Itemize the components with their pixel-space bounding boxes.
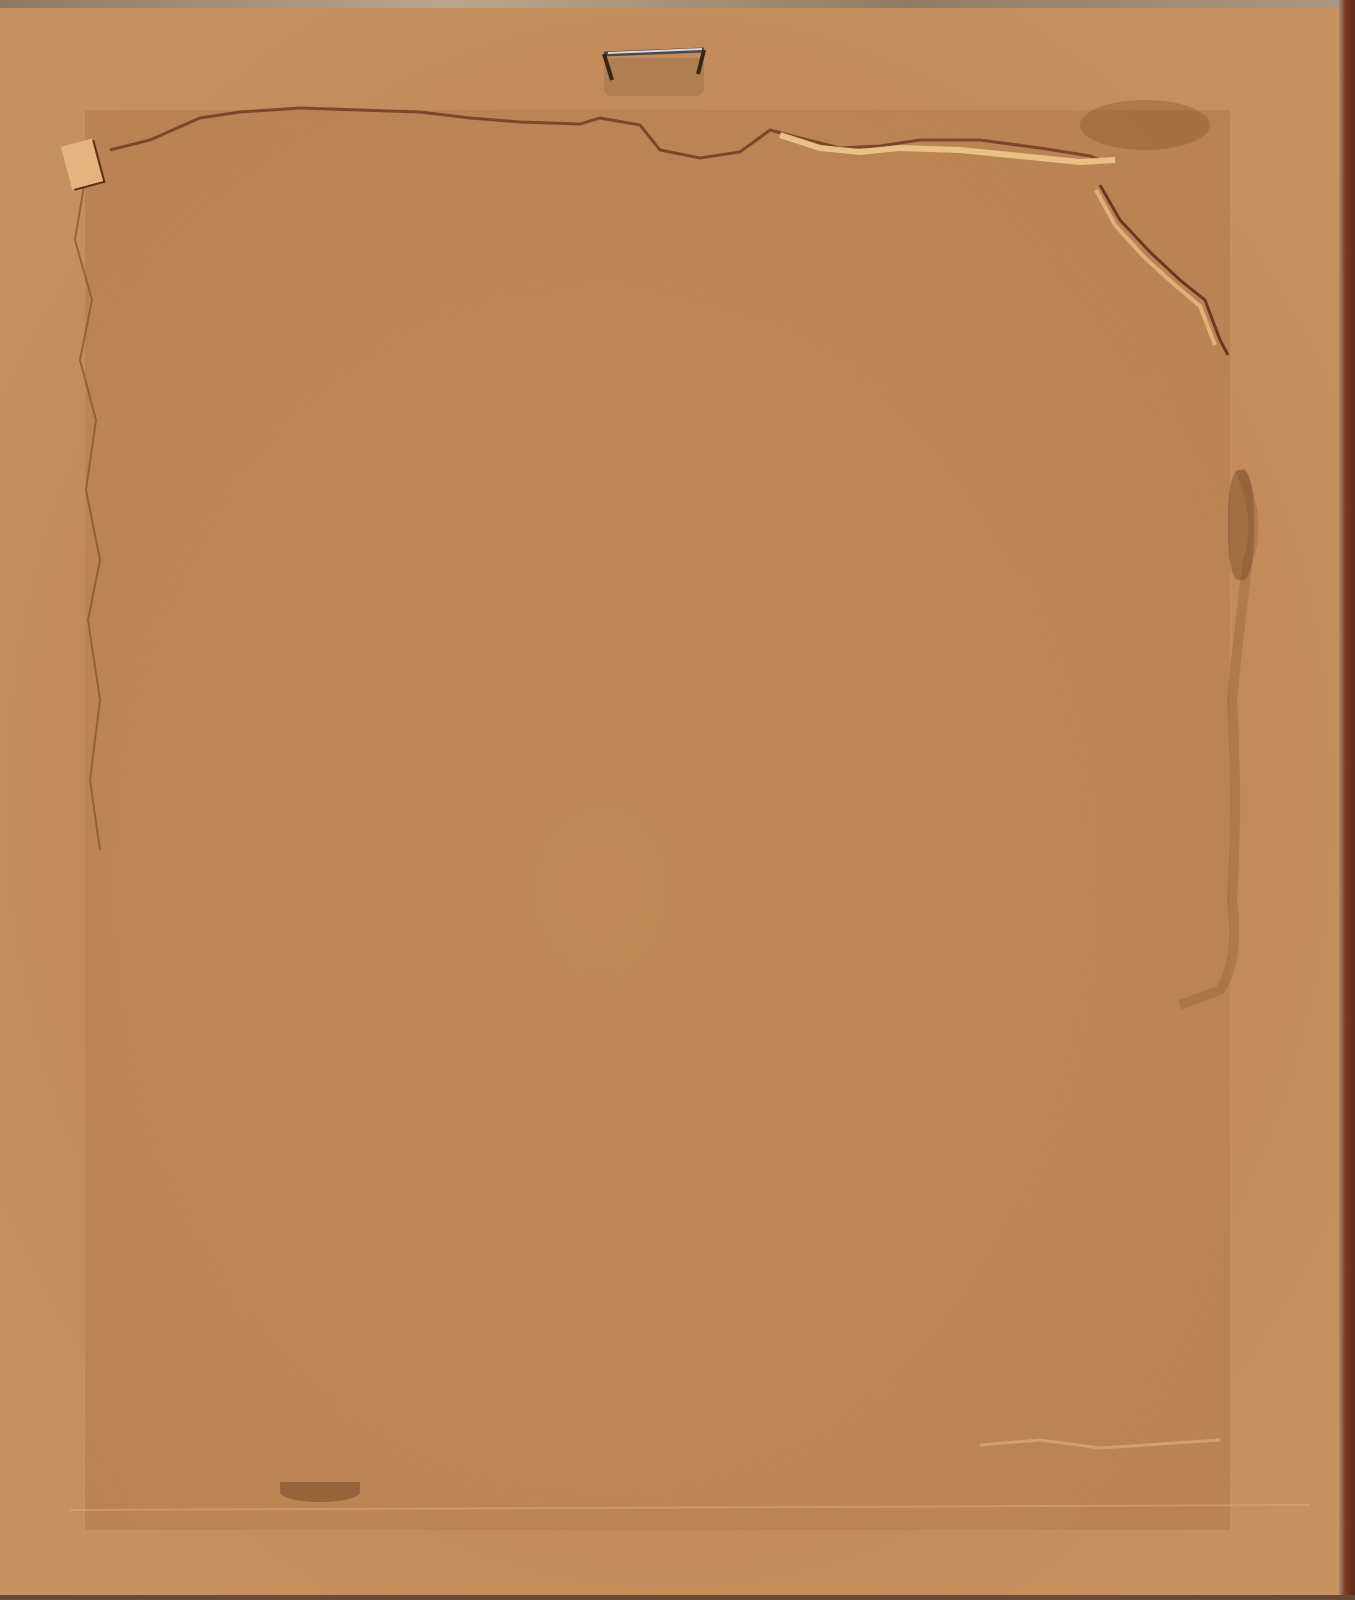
sawtooth-hanger-icon <box>598 44 710 100</box>
frame-bottom-edge <box>0 1595 1355 1600</box>
photo-frame-back <box>0 0 1355 1600</box>
stain-right <box>1228 470 1254 580</box>
frame-right-edge <box>1339 0 1355 1600</box>
frame-top-edge <box>0 0 1355 8</box>
shadow-top-right <box>1080 100 1210 150</box>
torn-paper-edges <box>0 0 1355 1600</box>
paper-dent <box>280 1482 360 1502</box>
